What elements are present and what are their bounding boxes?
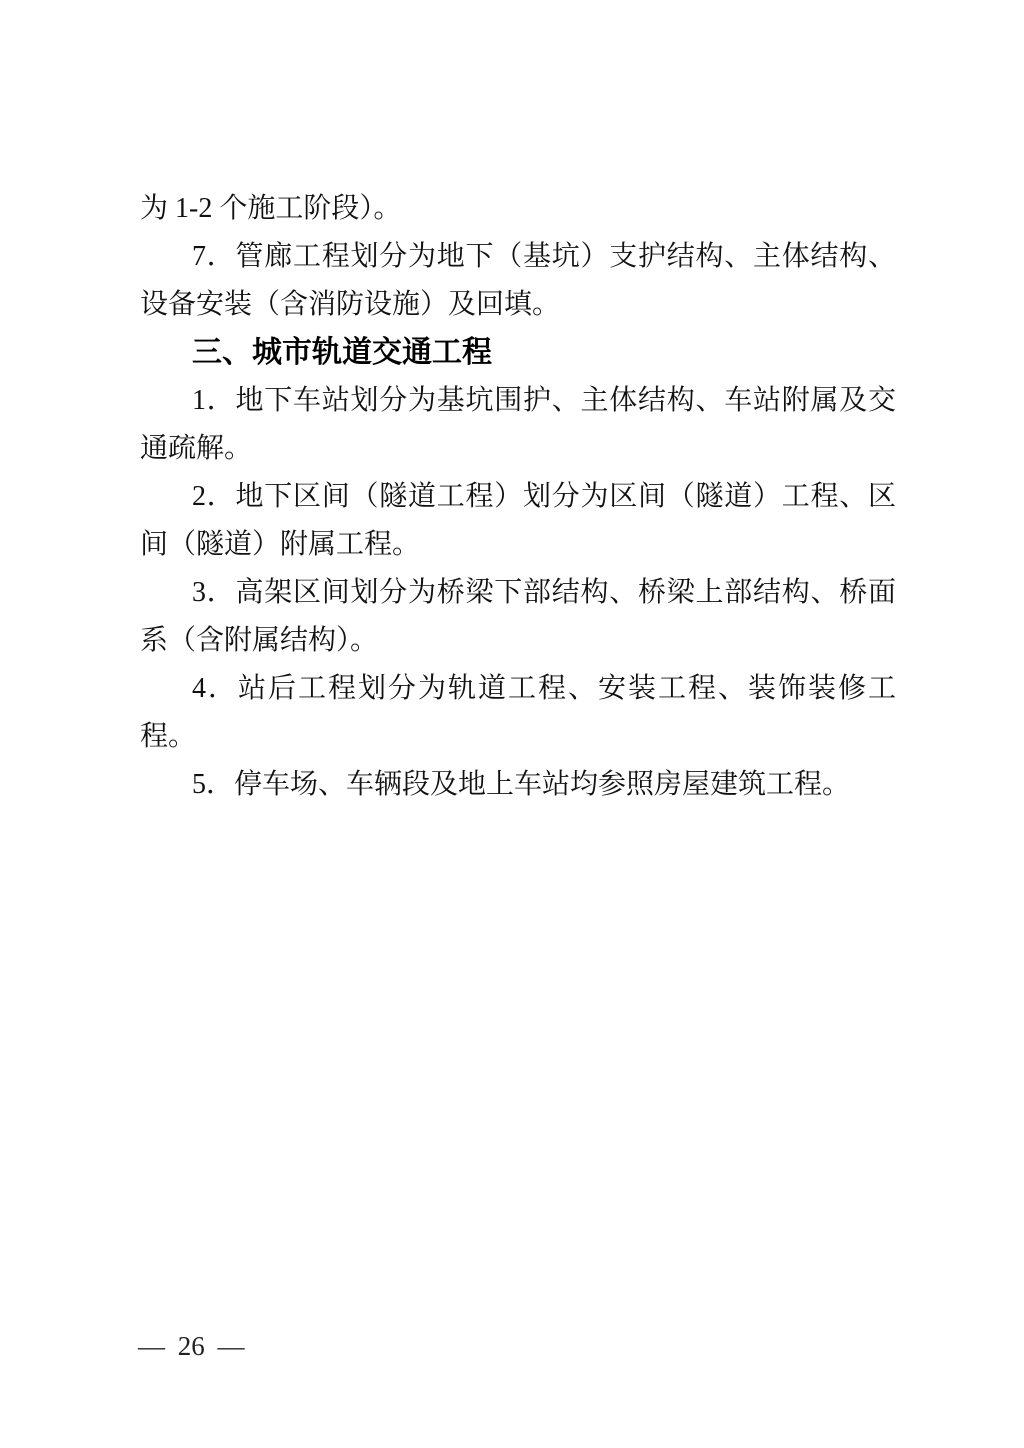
paragraph-continuation: 为 1-2 个施工阶段）。 xyxy=(140,185,896,233)
document-content: 为 1-2 个施工阶段）。 7．管廊工程划分为地下（基坑）支护结构、主体结构、设… xyxy=(140,185,896,809)
paragraph-item-4: 4．站后工程划分为轨道工程、安装工程、装饰装修工程。 xyxy=(140,665,896,761)
document-page: 为 1-2 个施工阶段）。 7．管廊工程划分为地下（基坑）支护结构、主体结构、设… xyxy=(0,0,1024,1448)
page-number: — 26 — xyxy=(138,1330,245,1362)
paragraph-item-1: 1．地下车站划分为基坑围护、主体结构、车站附属及交通疏解。 xyxy=(140,377,896,473)
paragraph-item-7: 7．管廊工程划分为地下（基坑）支护结构、主体结构、设备安装（含消防设施）及回填。 xyxy=(140,233,896,329)
section-heading-urban-rail-transit: 三、城市轨道交通工程 xyxy=(140,329,896,377)
paragraph-item-3: 3．高架区间划分为桥梁下部结构、桥梁上部结构、桥面系（含附属结构）。 xyxy=(140,569,896,665)
paragraph-item-2: 2．地下区间（隧道工程）划分为区间（隧道）工程、区间（隧道）附属工程。 xyxy=(140,473,896,569)
paragraph-item-5: 5．停车场、车辆段及地上车站均参照房屋建筑工程。 xyxy=(140,761,896,809)
